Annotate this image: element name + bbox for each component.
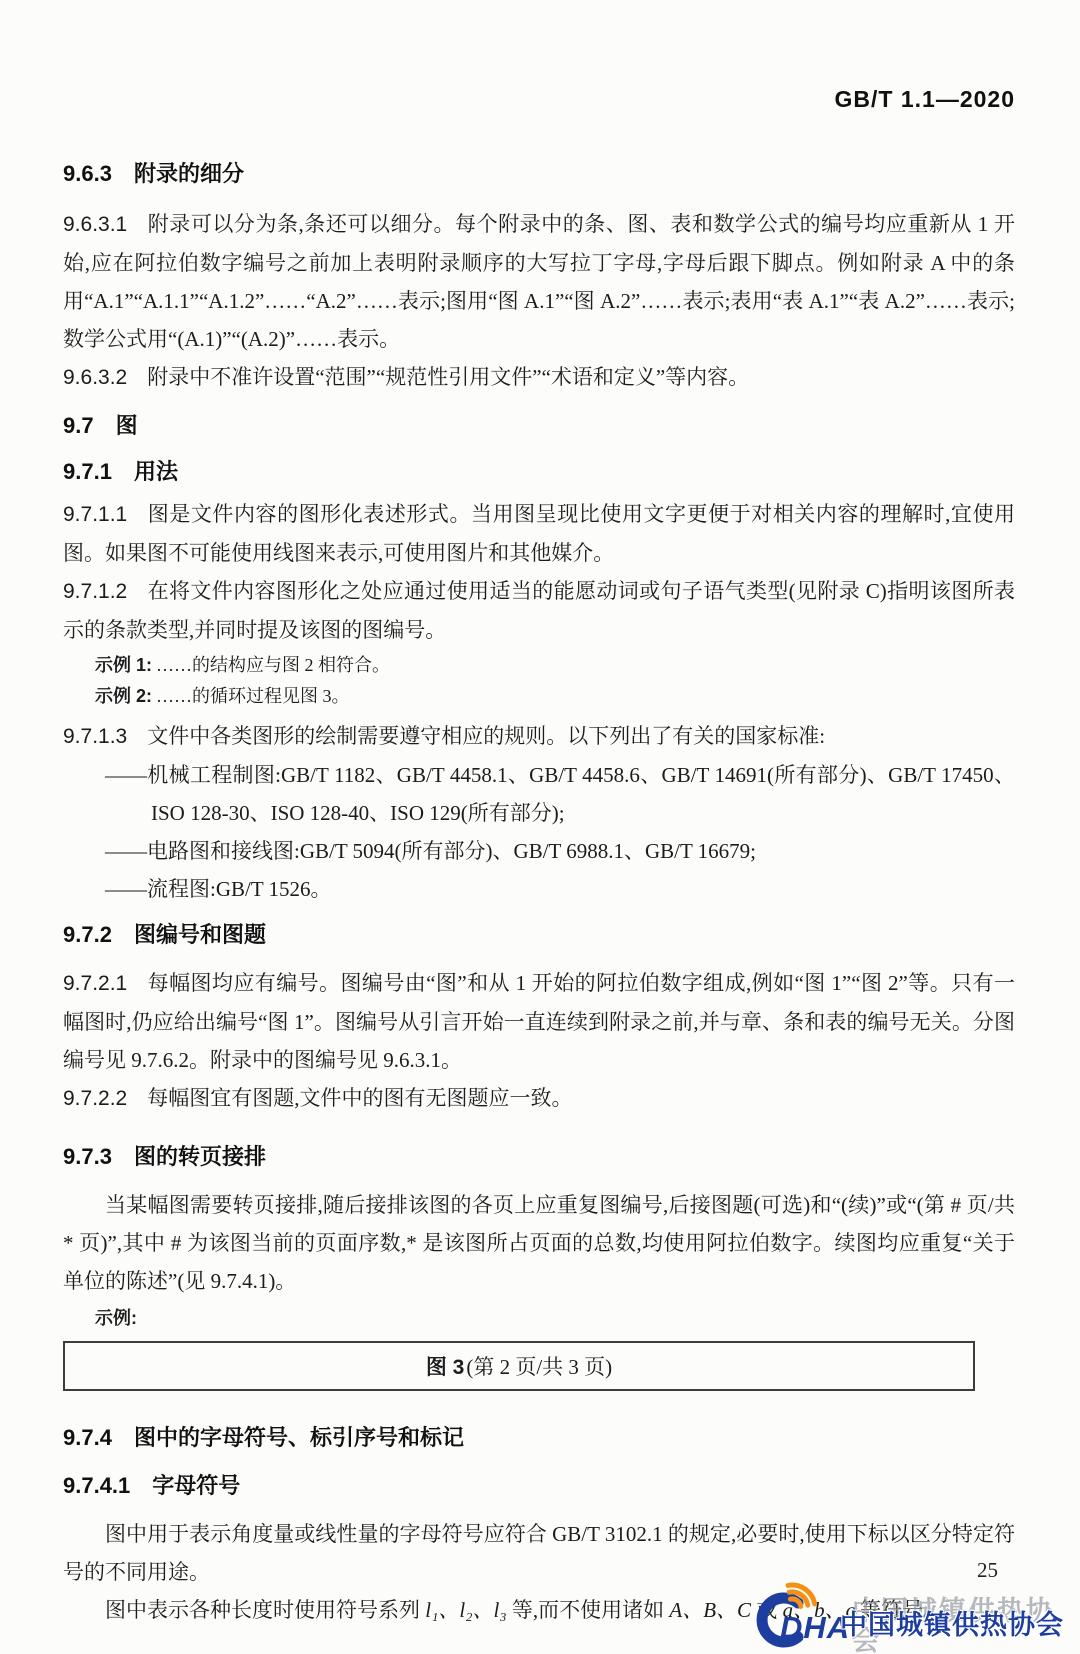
- clause-9.7.3-body: 当某幅图需要转页接排,随后接排该图的各页上应重复图编号,后接图题(可选)和“(续…: [63, 1186, 1015, 1300]
- dha-logo-icon: DHA: [756, 1582, 838, 1648]
- logo-name-wrap: 中国城镇供热协会 中国城镇供热协会: [840, 1610, 1064, 1648]
- clause-number: 9.7.1.2: [63, 580, 127, 603]
- heading-title: 图的转页接排: [134, 1144, 266, 1169]
- clause-number: 9.6.3.1: [63, 213, 127, 236]
- heading-title: 用法: [134, 459, 178, 484]
- example-2: 示例 2:……的循环过程见图 3。: [95, 682, 1015, 711]
- clause-text: 每幅图宜有图题,文件中的图有无图题应一致。: [147, 1086, 572, 1110]
- clause-9.6.3.1: 9.6.3.1附录可以分为条,条还可以细分。每个附录中的条、图、表和数学公式的编…: [63, 205, 1015, 358]
- clause-text: 在将文件内容图形化之处应通过使用适当的能愿动词或句子语气类型(见附录 C)指明该…: [63, 579, 1015, 642]
- figure-caption-box: 图 3(第 2 页/共 3 页): [63, 1341, 975, 1391]
- text-part: 图中表示各种长度时使用符号系列: [105, 1598, 425, 1622]
- heading-9.7.4: 9.7.4图中的字母符号、标引序号和标记: [63, 1423, 1015, 1453]
- length-symbols: l₁、l₂、l₃: [425, 1598, 506, 1622]
- clause-9.7.2.1: 9.7.2.1每幅图均应有编号。图编号由“图”和从 1 开始的阿拉伯数字组成,例…: [63, 964, 1015, 1079]
- heading-9.7.1: 9.7.1用法: [63, 457, 1015, 487]
- example-label: 示例:: [95, 1308, 137, 1328]
- clause-text: 附录可以分为条,条还可以细分。每个附录中的条、图、表和数学公式的编号均应重新从 …: [63, 212, 1015, 351]
- example-label: 示例 1:: [95, 655, 152, 675]
- association-logo: DHA 中国城镇供热协会 中国城镇供热协会: [756, 1578, 1064, 1648]
- heading-number: 9.7.3: [63, 1144, 112, 1169]
- heading-9.7.2: 9.7.2图编号和图题: [63, 920, 1015, 950]
- example-text: ……的循环过程见图 3。: [156, 686, 350, 706]
- clause-9.7.1.2: 9.7.1.2在将文件内容图形化之处应通过使用适当的能愿动词或句子语气类型(见附…: [63, 572, 1015, 649]
- clause-text: 附录中不准许设置“范围”“规范性引用文件”“术语和定义”等内容。: [147, 365, 749, 389]
- doc-code: GB/T 1.1—2020: [63, 86, 1015, 113]
- heading-9.7.3: 9.7.3图的转页接排: [63, 1142, 1015, 1172]
- heading-title: 图: [116, 413, 138, 438]
- heading-title: 附录的细分: [134, 161, 244, 186]
- clause-9.7.1.1: 9.7.1.1图是文件内容的图形化表述形式。当用图呈现比使用文字更便于对相关内容…: [63, 495, 1015, 572]
- text-part: 等,而不使用诸如: [507, 1598, 670, 1622]
- heading-9.6.3: 9.6.3附录的细分: [63, 159, 1015, 189]
- heading-title: 字母符号: [152, 1473, 240, 1498]
- clause-number: 9.6.3.2: [63, 366, 127, 389]
- clause-number: 9.7.1.3: [63, 725, 127, 748]
- heading-number: 9.7.1: [63, 459, 112, 484]
- clause-text: 每幅图均应有编号。图编号由“图”和从 1 开始的阿拉伯数字组成,例如“图 1”“…: [63, 971, 1015, 1072]
- clause-number: 9.7.2.2: [63, 1087, 127, 1110]
- heading-number: 9.6.3: [63, 161, 112, 186]
- example-label: 示例 2:: [95, 686, 152, 706]
- page-content: GB/T 1.1—2020 9.6.3附录的细分 9.6.3.1附录可以分为条,…: [63, 0, 1015, 1629]
- example-text: ……的结构应与图 2 相符合。: [156, 655, 390, 675]
- heading-number: 9.7.4: [63, 1425, 112, 1450]
- standards-list-item: ——流程图:GB/T 1526。: [105, 870, 1015, 908]
- clause-number: 9.7.2.1: [63, 972, 127, 995]
- standards-list-item: ——电路图和接线图:GB/T 5094(所有部分)、GB/T 6988.1、GB…: [105, 832, 1015, 870]
- heading-number: 9.7.4.1: [63, 1473, 130, 1498]
- heading-number: 9.7: [63, 413, 94, 438]
- document-page: GB/T 1.1—2020 9.6.3附录的细分 9.6.3.1附录可以分为条,…: [0, 0, 1080, 1654]
- logo-org-name: 中国城镇供热协会: [840, 1610, 1064, 1640]
- clause-text: 图是文件内容的图形化表述形式。当用图呈现比使用文字更便于对相关内容的理解时,宜使…: [63, 502, 1015, 565]
- uppercase-symbols: A、B、C: [669, 1598, 751, 1622]
- figure-label: 图 3: [426, 1351, 465, 1381]
- clause-9.6.3.2: 9.6.3.2附录中不准许设置“范围”“规范性引用文件”“术语和定义”等内容。: [63, 358, 1015, 397]
- clause-9.7.1.3: 9.7.1.3文件中各类图形的绘制需要遵守相应的规则。以下列出了有关的国家标准:: [63, 717, 1015, 756]
- example-1: 示例 1:……的结构应与图 2 相符合。: [95, 651, 1015, 680]
- heading-title: 图编号和图题: [134, 922, 266, 947]
- figure-pages: (第 2 页/共 3 页): [466, 1351, 612, 1381]
- heading-number: 9.7.2: [63, 922, 112, 947]
- heading-title: 图中的字母符号、标引序号和标记: [134, 1425, 464, 1450]
- heading-9.7: 9.7图: [63, 411, 1015, 441]
- clause-text: 文件中各类图形的绘制需要遵守相应的规则。以下列出了有关的国家标准:: [147, 724, 825, 748]
- clause-number: 9.7.1.1: [63, 503, 127, 526]
- clause-9.7.2.2: 9.7.2.2每幅图宜有图题,文件中的图有无图题应一致。: [63, 1079, 1015, 1118]
- heading-9.7.4.1: 9.7.4.1字母符号: [63, 1471, 1015, 1501]
- example-3: 示例:: [95, 1304, 1015, 1333]
- standards-list-item: ——机械工程制图:GB/T 1182、GB/T 4458.1、GB/T 4458…: [105, 756, 1015, 832]
